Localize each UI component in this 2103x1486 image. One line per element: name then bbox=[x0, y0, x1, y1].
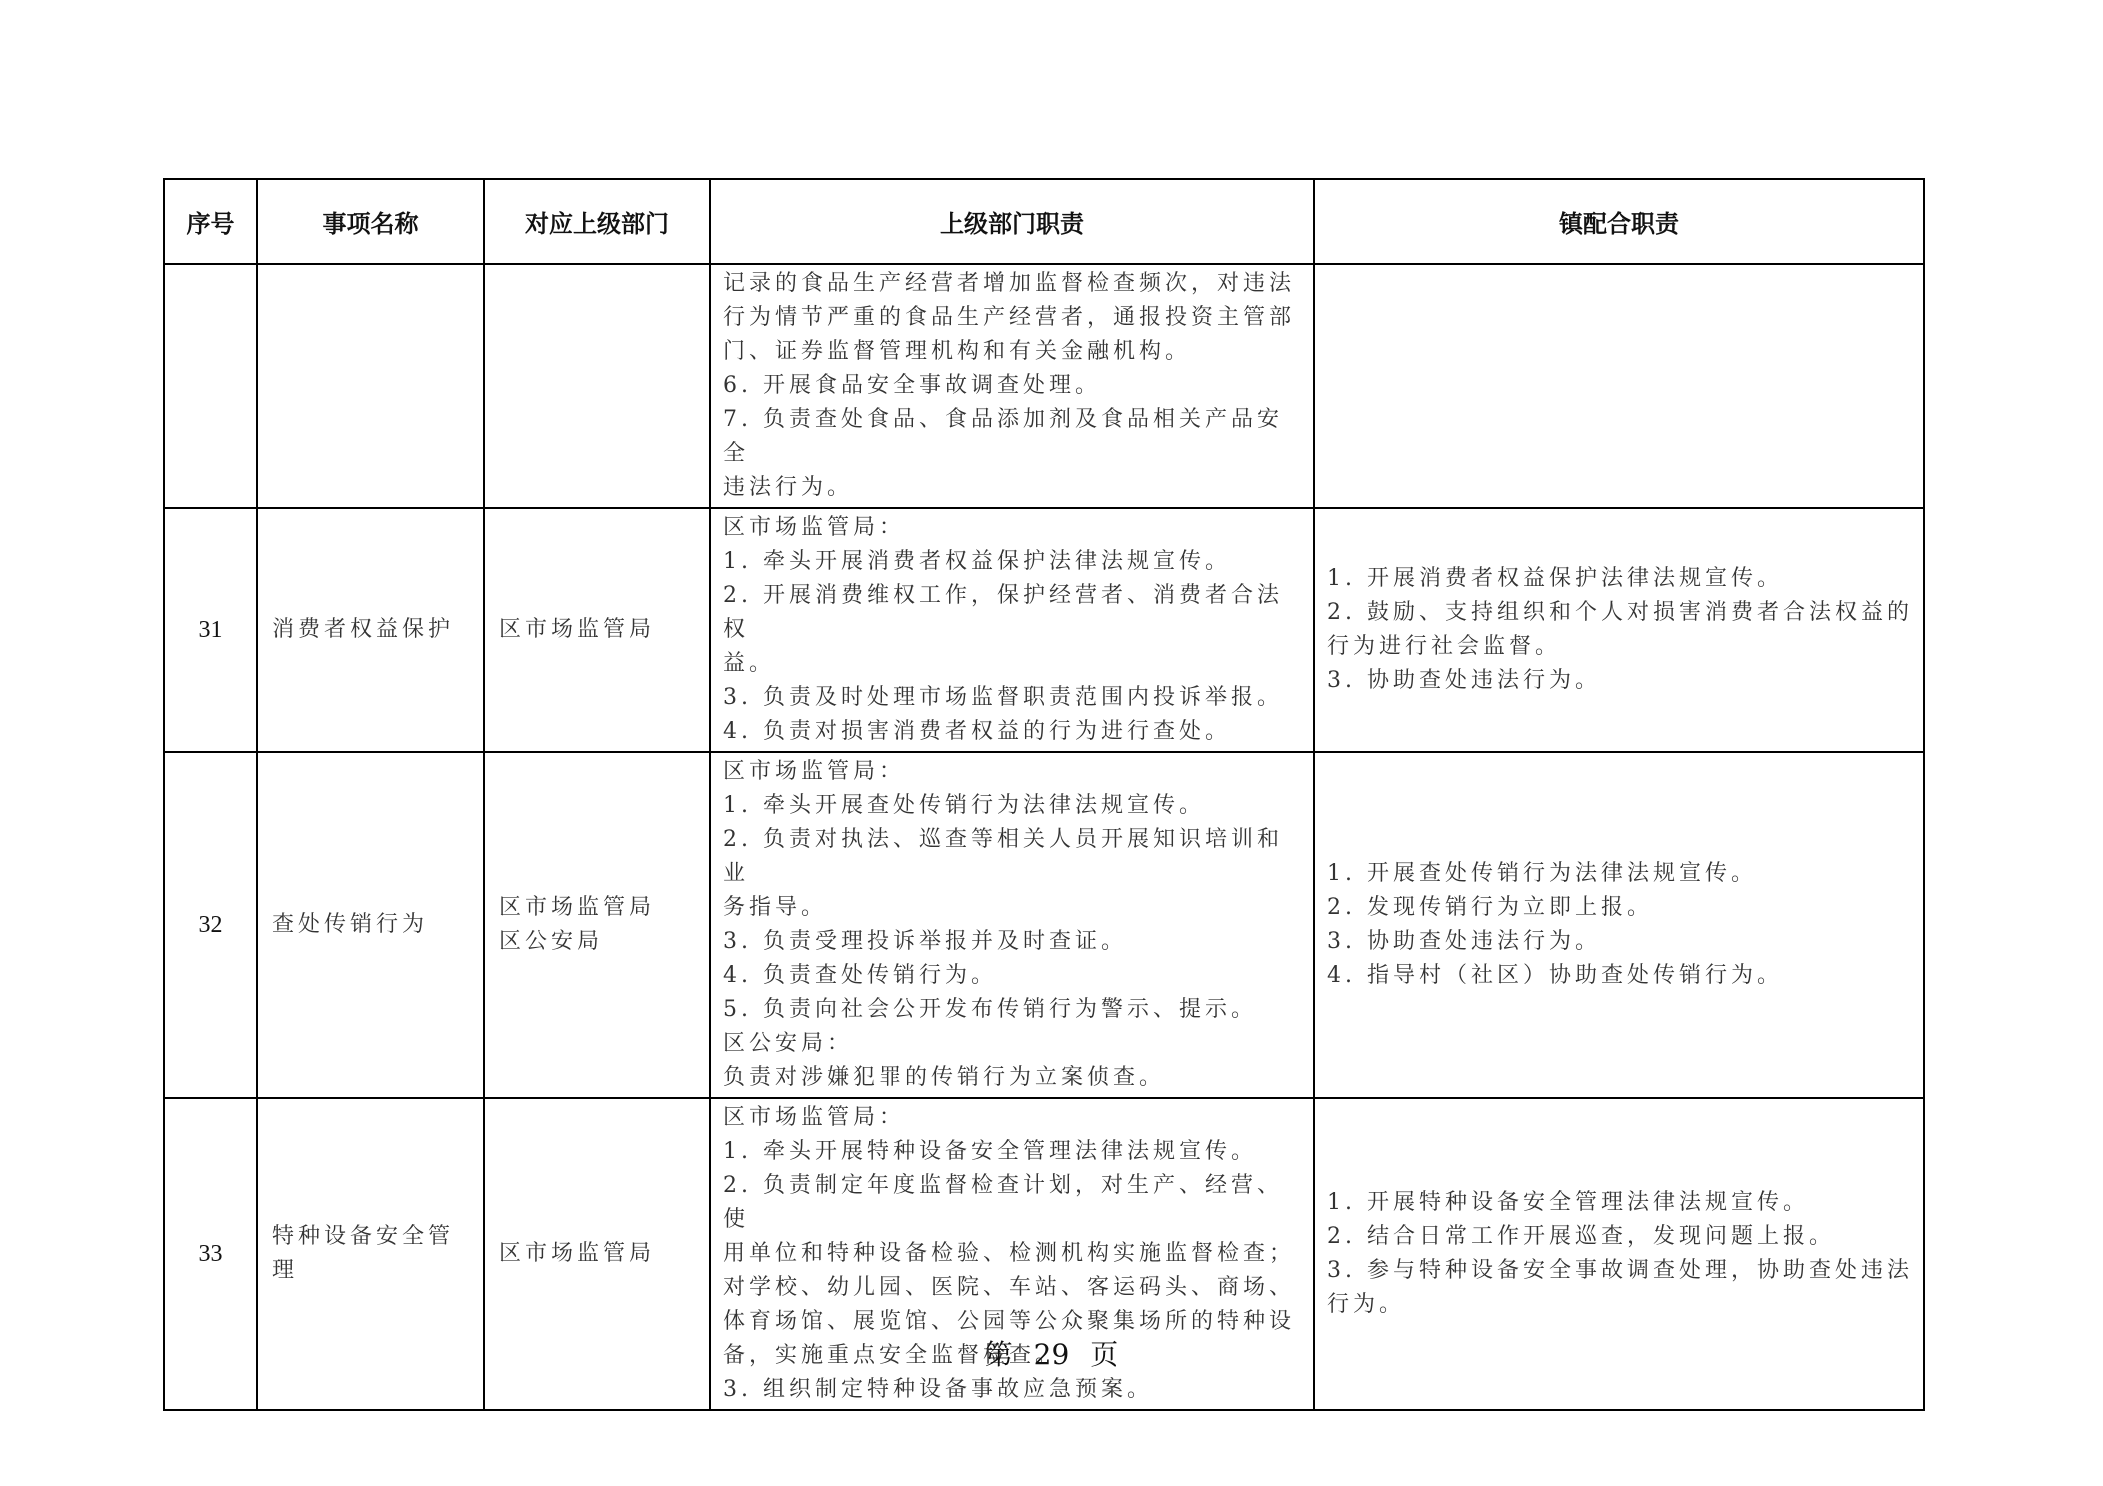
page-number-value: 29 bbox=[1034, 1338, 1070, 1371]
cell-serial-number: 31 bbox=[164, 508, 257, 752]
page-number-suffix: 页 bbox=[1090, 1338, 1118, 1371]
cell-town-duties bbox=[1314, 264, 1924, 508]
cell-item-name: 消费者权益保护 bbox=[257, 508, 484, 752]
cell-superior-duties: 记录的食品生产经营者增加监督检查频次，对违法 行为情节严重的食品生产经营者，通报… bbox=[710, 264, 1314, 508]
page-number-prefix: 第 bbox=[985, 1338, 1013, 1371]
duty-table-container: 序号 事项名称 对应上级部门 上级部门职责 镇配合职责 记录的食品生产经营者增加… bbox=[163, 178, 1923, 1411]
cell-serial-number: 32 bbox=[164, 752, 257, 1098]
cell-superior-department bbox=[484, 264, 710, 508]
cell-superior-duties: 区市场监管局： 1. 牵头开展查处传销行为法律法规宣传。 2. 负责对执法、巡查… bbox=[710, 752, 1314, 1098]
header-superior-department: 对应上级部门 bbox=[484, 179, 710, 264]
header-superior-duties: 上级部门职责 bbox=[710, 179, 1314, 264]
duty-table: 序号 事项名称 对应上级部门 上级部门职责 镇配合职责 记录的食品生产经营者增加… bbox=[163, 178, 1925, 1411]
header-town-duties: 镇配合职责 bbox=[1314, 179, 1924, 264]
table-row: 31 消费者权益保护 区市场监管局 区市场监管局： 1. 牵头开展消费者权益保护… bbox=[164, 508, 1924, 752]
cell-town-duties: 1. 开展消费者权益保护法律法规宣传。 2. 鼓励、支持组织和个人对损害消费者合… bbox=[1314, 508, 1924, 752]
cell-superior-duties: 区市场监管局： 1. 牵头开展消费者权益保护法律法规宣传。 2. 开展消费维权工… bbox=[710, 508, 1314, 752]
cell-serial-number bbox=[164, 264, 257, 508]
cell-superior-department: 区市场监管局 区公安局 bbox=[484, 752, 710, 1098]
table-header-row: 序号 事项名称 对应上级部门 上级部门职责 镇配合职责 bbox=[164, 179, 1924, 264]
cell-item-name: 查处传销行为 bbox=[257, 752, 484, 1098]
page-number: 第 29 页 bbox=[0, 1333, 2103, 1373]
cell-item-name bbox=[257, 264, 484, 508]
header-serial-number: 序号 bbox=[164, 179, 257, 264]
cell-superior-department: 区市场监管局 bbox=[484, 508, 710, 752]
table-row: 32 查处传销行为 区市场监管局 区公安局 区市场监管局： 1. 牵头开展查处传… bbox=[164, 752, 1924, 1098]
table-row: 记录的食品生产经营者增加监督检查频次，对违法 行为情节严重的食品生产经营者，通报… bbox=[164, 264, 1924, 508]
header-item-name: 事项名称 bbox=[257, 179, 484, 264]
cell-town-duties: 1. 开展查处传销行为法律法规宣传。 2. 发现传销行为立即上报。 3. 协助查… bbox=[1314, 752, 1924, 1098]
